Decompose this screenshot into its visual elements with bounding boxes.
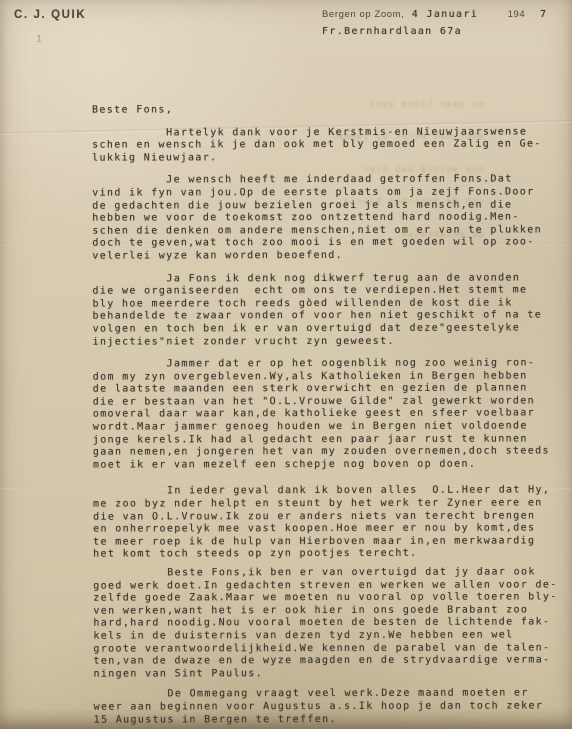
typed-line: gaan nemen,en jongeren het van my zouden… [93, 446, 567, 460]
letterhead-year-prefix: 194 [508, 9, 526, 20]
typed-line: De Ommegang vraagt veel werk.Deze maand … [94, 688, 568, 702]
typed-date: 4 Januari [404, 9, 507, 20]
typed-line: weer aan beginnen voor Augustus a.s.Ik h… [94, 700, 568, 714]
typed-line: zelfde goede Zaak.Maar we moeten nu voor… [93, 592, 567, 606]
letter-body: Beste Fons, Hartelyk dank voor je Kerstm… [92, 103, 568, 726]
typed-line: volgen en toch ben ik er van overtuigd d… [93, 322, 567, 336]
letter-paragraph: Je wensch heeft me inderdaad getroffen F… [92, 174, 566, 263]
typed-line: die we organiseerden echt om ons te verd… [92, 285, 566, 299]
letter-paragraph: Ja Fons ik denk nog dikwerf terug aan de… [92, 272, 566, 349]
typed-line: Je wensch heeft me inderdaad getroffen F… [92, 174, 566, 188]
typed-line: velerlei wyze kan worden beoefend. [92, 249, 566, 263]
typed-line: behandelde te zwaar vonden of voor hen n… [93, 310, 567, 324]
typed-line: hebben we voor de toekomst zoo ontzetten… [92, 212, 566, 226]
typed-line: te meer roep ik de hulp van Hierboven ma… [93, 535, 567, 549]
letter-paragraph: Beste Fons,ik ben er van overtuigd dat j… [93, 566, 567, 681]
typed-line: ningen van Sint Paulus. [93, 667, 567, 681]
letter-paragraph: De Ommegang vraagt veel werk.Deze maand … [94, 688, 568, 727]
typed-line: de laatste maanden een sterk overwicht e… [93, 383, 567, 397]
typed-line: het komt toch steeds op zyn pootjes tere… [93, 548, 567, 562]
typed-year-digit: 7 [525, 9, 547, 20]
typed-line: schen en wensch ik je dan ook met bly ge… [92, 139, 566, 153]
stray-ink-mark: 1 [36, 34, 43, 45]
letterhead-place: Bergen op Zoom, [322, 9, 404, 20]
typed-line: vind ik fyn van jou.Op de eerste plaats … [92, 186, 566, 200]
typed-line: ten,van de dwaze en de wyze maagden en d… [93, 655, 567, 669]
salutation: Beste Fons, [92, 103, 566, 117]
typed-line: Jammer dat er op het oogenblik nog zoo w… [93, 357, 567, 371]
typed-line: 15 Augustus in Bergen te treffen. [94, 713, 568, 727]
typed-line: me zoo byz nder helpt en steunt by het w… [93, 497, 567, 511]
typed-line: en onherroepelyk mee vast koopen.Hoe mee… [93, 523, 567, 537]
typed-line: injecties"niet zonder vrucht zyn geweest… [93, 335, 567, 349]
letter-paragraph: Jammer dat er op het oogenblik nog zoo w… [93, 357, 567, 472]
typed-line: Beste Fons,ik ben er van overtuigd dat j… [93, 566, 567, 580]
typed-line: moet ik er van mezelf een schepje nog bo… [93, 458, 567, 472]
bleedthrough-line: .......... ...... ... [286, 68, 484, 79]
letter-paragraph: Hartelyk dank voor je Kerstmis-en Nieuwj… [92, 126, 566, 165]
letterhead-sender-name: C. J. QUIK [14, 9, 86, 21]
letter-paragraph: In ieder geval dank ik boven alles O.L.H… [93, 485, 567, 562]
letter-photograph: { "letterhead": { "sender_name": "C. J. … [0, 0, 572, 729]
typed-line: lukkig Nieuwjaar. [92, 151, 566, 165]
sender-address: Fr.Bernhardlaan 67a [322, 26, 462, 37]
typed-line: hard,hard noodig.Nou vooral moeten de be… [93, 617, 567, 631]
typed-line: wordt.Maar jammer genoeg houden we in Be… [93, 420, 567, 434]
dateline: Bergen op Zoom, 4 Januari 194 7 [322, 9, 547, 20]
typed-line: kels in de duisternis van dezen tyd zyn.… [93, 629, 567, 643]
typed-line: doch te geven,wat toch zoo mooi is en me… [92, 237, 566, 251]
